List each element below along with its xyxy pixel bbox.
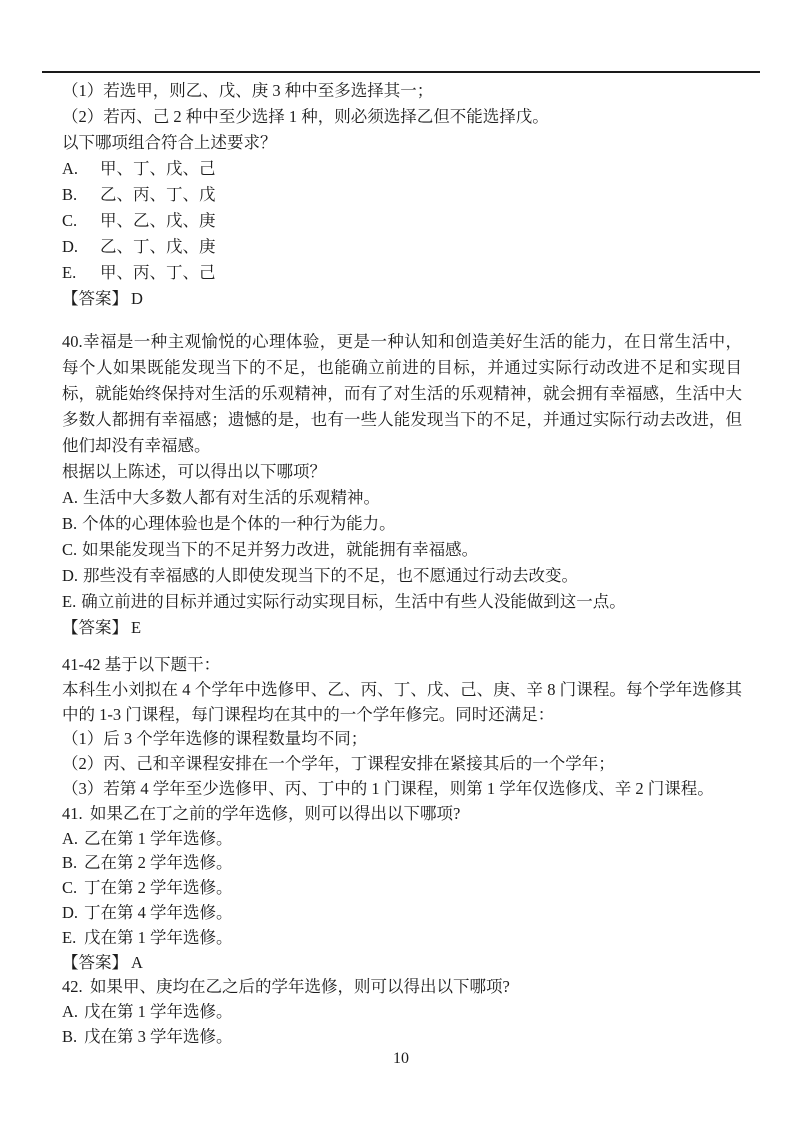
option-row: A.甲、丁、戊、己 <box>62 156 742 182</box>
option-label: E. <box>62 260 100 286</box>
condition-line: （2）若丙、己 2 种中至少选择 1 种，则必须选择乙但不能选择戊。 <box>62 104 742 130</box>
answer-value: D <box>131 289 143 308</box>
option-row: A.乙在第 1 学年选修。 <box>62 827 742 852</box>
option-row: D.那些没有幸福感的人即使发现当下的不足，也不愿通过行动去改变。 <box>62 563 742 589</box>
answer-prefix: 【答案】 <box>62 953 128 972</box>
answer-line: 【答案】E <box>62 615 742 641</box>
question-text: 根据以上陈述，可以得出以下哪项？ <box>62 459 742 485</box>
document-page: （1）若选甲，则乙、戊、庚 3 种中至多选择其一； （2）若丙、己 2 种中至少… <box>0 0 802 1133</box>
option-text: 生活中大多数人都有对生活的乐观精神。 <box>83 488 380 507</box>
option-text: 甲、丙、丁、己 <box>100 263 216 282</box>
option-label: B. <box>62 182 100 208</box>
answer-prefix: 【答案】 <box>62 289 128 308</box>
option-text: 甲、乙、戊、庚 <box>100 211 216 230</box>
header-rule <box>42 71 760 73</box>
condition-line: （2）丙、己和辛课程安排在一个学年，丁课程安排在紧接其后的一个学年； <box>62 752 742 777</box>
condition-line: （3）若第 4 学年至少选修甲、丙、丁中的 1 门课程，则第 1 学年仅选修戊、… <box>62 777 742 802</box>
option-row: C.丁在第 2 学年选修。 <box>62 876 742 901</box>
question-39-block: （1）若选甲，则乙、戊、庚 3 种中至多选择其一； （2）若丙、己 2 种中至少… <box>62 78 742 312</box>
option-label: A. <box>62 827 84 852</box>
option-row: A.生活中大多数人都有对生活的乐观精神。 <box>62 485 742 511</box>
option-label: C. <box>62 876 84 901</box>
option-text: 戊在第 3 学年选修。 <box>84 1027 233 1046</box>
option-row: B.个体的心理体验也是个体的一种行为能力。 <box>62 511 742 537</box>
page-content: （1）若选甲，则乙、戊、庚 3 种中至多选择其一； （2）若丙、己 2 种中至少… <box>62 78 742 1050</box>
condition-line: （1）后 3 个学年选修的课程数量均不同； <box>62 727 742 752</box>
question-40-block: 40.幸福是一种主观愉悦的心理体验，更是一种认知和创造美好生活的能力，在日常生活… <box>62 329 742 641</box>
option-text: 如果能发现当下的不足并努力改进，就能拥有幸福感。 <box>82 540 478 559</box>
question-41-block: 41.如果乙在丁之前的学年选修，则可以得出以下哪项? A.乙在第 1 学年选修。… <box>62 802 742 976</box>
option-row: E.甲、丙、丁、己 <box>62 260 742 286</box>
question-text: 42.如果甲、庚均在乙之后的学年选修，则可以得出以下哪项? <box>62 975 742 1000</box>
option-text: 乙、丁、戊、庚 <box>100 237 216 256</box>
option-text: 甲、丁、戊、己 <box>100 159 216 178</box>
question-number: 41. <box>62 802 90 827</box>
condition-line: （1）若选甲，则乙、戊、庚 3 种中至多选择其一； <box>62 78 742 104</box>
option-label: E. <box>62 589 76 615</box>
option-row: B.乙、丙、丁、戊 <box>62 182 742 208</box>
option-text: 乙在第 1 学年选修。 <box>84 829 233 848</box>
option-row: B.戊在第 3 学年选修。 <box>62 1025 742 1050</box>
question-title: 如果乙在丁之前的学年选修，则可以得出以下哪项? <box>90 804 460 823</box>
answer-prefix: 【答案】 <box>62 618 128 637</box>
option-label: A. <box>62 485 78 511</box>
answer-value: A <box>131 953 143 972</box>
option-label: B. <box>62 851 84 876</box>
option-row: C.甲、乙、戊、庚 <box>62 208 742 234</box>
answer-line: 【答案】A <box>62 951 742 976</box>
option-label: D. <box>62 234 100 260</box>
option-row: C.如果能发现当下的不足并努力改进，就能拥有幸福感。 <box>62 537 742 563</box>
question-42-block: 42.如果甲、庚均在乙之后的学年选修，则可以得出以下哪项? A.戊在第 1 学年… <box>62 975 742 1049</box>
question-title: 如果甲、庚均在乙之后的学年选修，则可以得出以下哪项? <box>90 977 510 996</box>
option-label: E. <box>62 926 84 951</box>
question-stem: 40.幸福是一种主观愉悦的心理体验，更是一种认知和创造美好生活的能力，在日常生活… <box>62 329 742 459</box>
page-footer: 10 <box>0 1050 802 1068</box>
option-row: A.戊在第 1 学年选修。 <box>62 1000 742 1025</box>
question-text: 41.如果乙在丁之前的学年选修，则可以得出以下哪项? <box>62 802 742 827</box>
option-row: D.丁在第 4 学年选修。 <box>62 901 742 926</box>
option-label: D. <box>62 563 78 589</box>
answer-line: 【答案】D <box>62 286 742 312</box>
option-text: 乙、丙、丁、戊 <box>100 185 216 204</box>
option-text: 戊在第 1 学年选修。 <box>84 1002 233 1021</box>
option-text: 戊在第 1 学年选修。 <box>84 928 233 947</box>
option-label: A. <box>62 156 100 182</box>
option-label: A. <box>62 1000 84 1025</box>
option-text: 丁在第 4 学年选修。 <box>84 903 233 922</box>
option-row: B.乙在第 2 学年选修。 <box>62 851 742 876</box>
group-41-42-block: 41-42 基于以下题干： 本科生小刘拟在 4 个学年中选修甲、乙、丙、丁、戊、… <box>62 653 742 802</box>
option-label: D. <box>62 901 84 926</box>
option-row: E.戊在第 1 学年选修。 <box>62 926 742 951</box>
option-text: 确立前进的目标并通过实际行动实现目标，生活中有些人没能做到这一点。 <box>81 592 626 611</box>
question-text: 以下哪项组合符合上述要求？ <box>62 130 742 156</box>
option-row: D.乙、丁、戊、庚 <box>62 234 742 260</box>
answer-value: E <box>131 618 141 637</box>
option-text: 丁在第 2 学年选修。 <box>84 878 233 897</box>
option-text: 那些没有幸福感的人即使发现当下的不足，也不愿通过行动去改变。 <box>83 566 578 585</box>
page-number: 10 <box>393 1050 409 1067</box>
option-text: 乙在第 2 学年选修。 <box>84 853 233 872</box>
group-header: 41-42 基于以下题干： <box>62 653 742 678</box>
option-label: C. <box>62 537 77 563</box>
question-number: 42. <box>62 975 90 1000</box>
option-label: B. <box>62 511 77 537</box>
option-label: C. <box>62 208 100 234</box>
option-row: E.确立前进的目标并通过实际行动实现目标，生活中有些人没能做到这一点。 <box>62 589 742 615</box>
question-stem: 本科生小刘拟在 4 个学年中选修甲、乙、丙、丁、戊、己、庚、辛 8 门课程。每个… <box>62 678 742 728</box>
option-text: 个体的心理体验也是个体的一种行为能力。 <box>82 514 396 533</box>
option-label: B. <box>62 1025 84 1050</box>
